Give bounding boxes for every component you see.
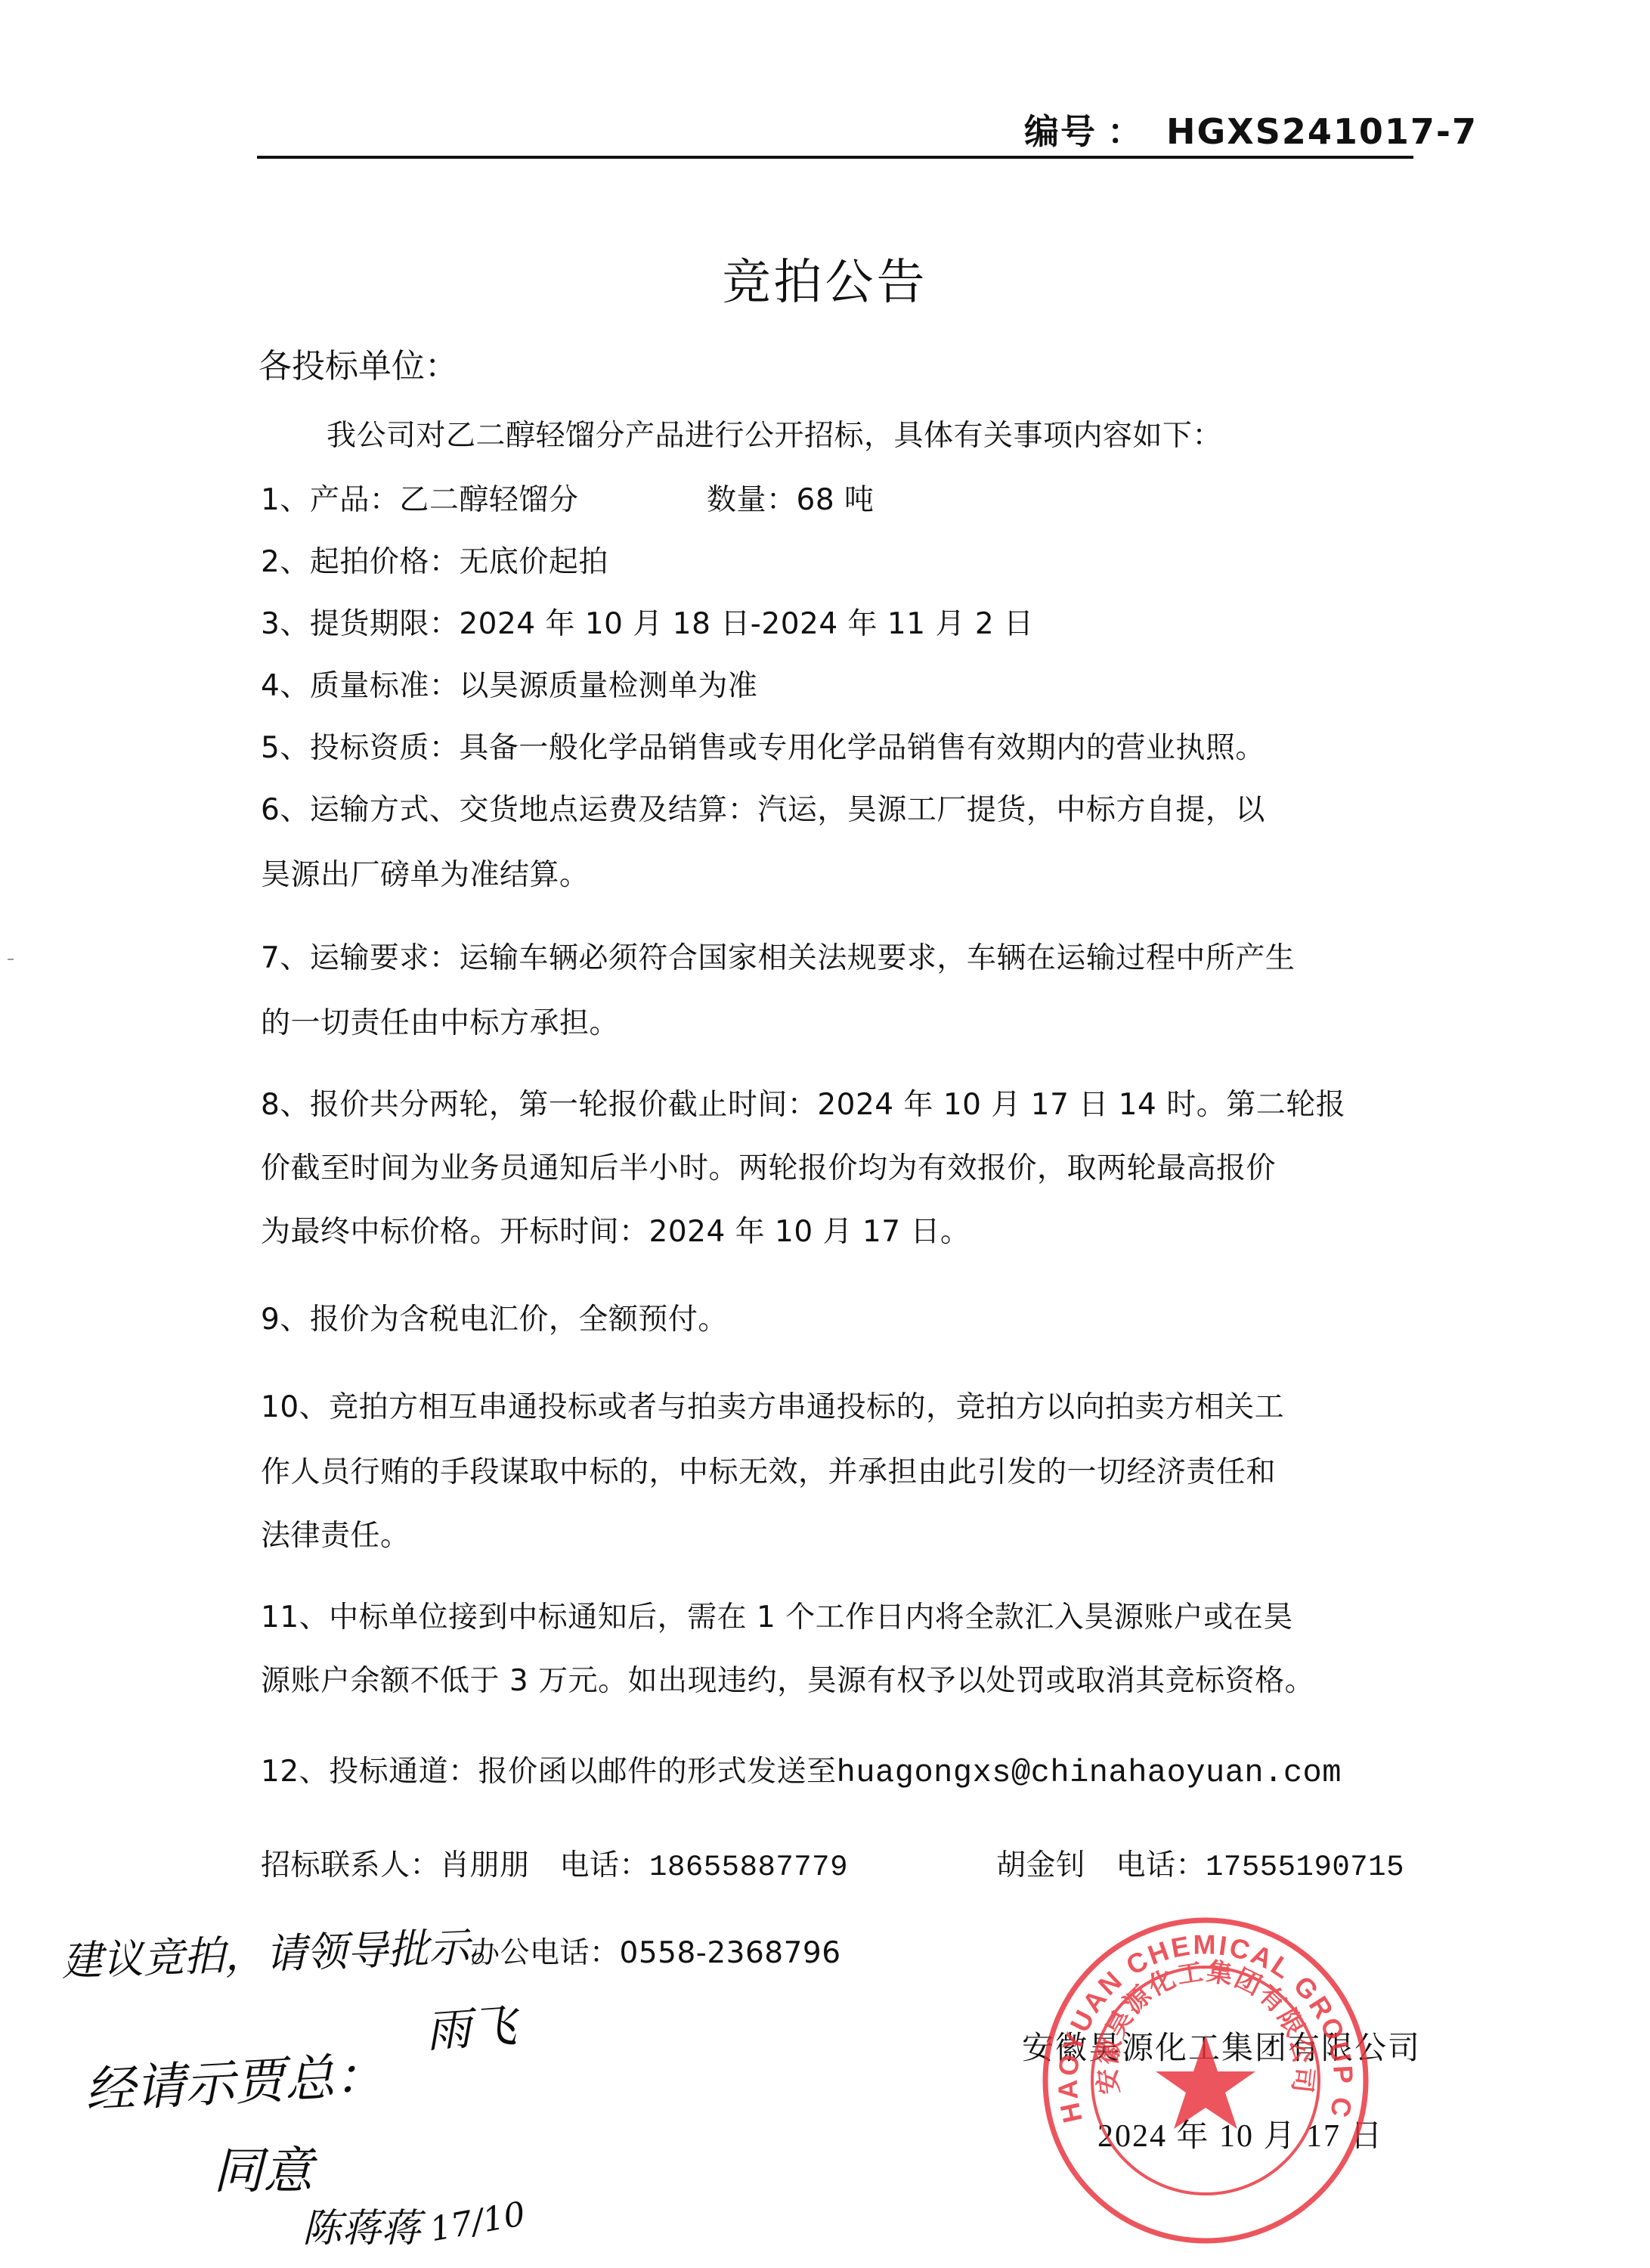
item-1-quantity: 数量：68 吨 (707, 476, 875, 519)
item-5-qualification: 5、投标资质：具备一般化学品销售或专用化学品销售有效期内的营业执照。 (261, 724, 1265, 767)
handwritten-date-mark: 17/10 (427, 2195, 528, 2249)
handwritten-note-approved: 同意 (213, 2130, 313, 2202)
item-8-line-3: 为最终中标价格。开标时间：2024 年 10 月 17 日。 (261, 1208, 970, 1250)
item-3-pickup-period: 3、提货期限：2024 年 10 月 18 日-2024 年 11 月 2 日 (261, 600, 1034, 643)
contact-2-phone-label: 电话： (1116, 1848, 1206, 1882)
contact-1-name: 肖朋朋 (440, 1848, 530, 1882)
item-11-line-1: 11、中标单位接到中标通知后，需在 1 个工作日内将全款汇入昊源账户或在昊 (261, 1594, 1293, 1636)
scan-margin-mark (8, 959, 14, 960)
item-7-line-1: 7、运输要求：运输车辆必须符合国家相关法规要求，车辆在运输过程中所产生 (261, 934, 1295, 977)
item-12-label: 12、投标通道：报价函以邮件的形式发送至 (261, 1755, 837, 1789)
document-number-value: HGXS241017-7 (1166, 111, 1478, 152)
contact-person-1: 招标联系人：肖朋朋电话：18655887779 (261, 1842, 848, 1884)
item-9-payment: 9、报价为含税电汇价，全额预付。 (261, 1296, 728, 1338)
item-11-line-2: 源账户余额不低于 3 万元。如出现违约，昊源有权予以处罚或取消其竞标资格。 (261, 1657, 1314, 1699)
office-phone: 办公电话：0558-2368796 (470, 1929, 841, 1972)
contact-person-2: 胡金钊电话：17555190715 (996, 1842, 1404, 1884)
item-12-channel: 12、投标通道：报价函以邮件的形式发送至huagongxs@chinahaoyu… (261, 1748, 1342, 1791)
item-8-line-2: 价截至时间为业务员通知后半小时。两轮报价均为有效报价，取两轮最高报价 (261, 1145, 1276, 1187)
document-number: 编号：HGXS241017-7 (1024, 104, 1478, 154)
company-seal-icon: ANHUI HAOYUAN CHEMICAL GROUP CO.,LTD. 安徽… (1039, 1914, 1372, 2247)
item-1-product: 1、产品：乙二醇轻馏分 (261, 476, 578, 519)
item-4-quality-standard: 4、质量标准：以昊源质量检测单为准 (261, 662, 757, 705)
item-10-line-3: 法律责任。 (261, 1512, 410, 1554)
document-number-separator: ： (1107, 111, 1144, 152)
header-rule (257, 156, 1413, 159)
handwritten-signature-1: 雨飞 (423, 1990, 519, 2061)
contact-2-phone: 17555190715 (1206, 1851, 1404, 1884)
handwritten-signature-2: 陈蒋蒋 (302, 2196, 420, 2253)
intro-paragraph: 我公司对乙二醇轻馏分产品进行公开招标，具体有关事项内容如下： (327, 412, 1222, 454)
handwritten-note-suggest-bid: 建议竞拍，请领导批示。 (60, 1913, 511, 1988)
item-8-line-1: 8、报价共分两轮，第一轮报价截止时间：2024 年 10 月 17 日 14 时… (261, 1081, 1345, 1123)
document-number-label: 编号 (1024, 111, 1097, 152)
item-6-line-2: 昊源出厂磅单为准结算。 (261, 851, 590, 894)
contact-2-name: 胡金钊 (996, 1848, 1086, 1882)
office-phone-value: 0558-2368796 (620, 1936, 841, 1970)
page-title: 竞拍公告 (0, 243, 1650, 313)
item-10-line-2: 作人员行贿的手段谋取中标的，中标无效，并承担由此引发的一切经济责任和 (261, 1448, 1276, 1491)
item-7-line-2: 的一切责任由中标方承担。 (261, 999, 619, 1042)
contact-1-phone-label: 电话： (560, 1848, 650, 1882)
bid-email-link[interactable]: huagongxs@chinahaoyuan.com (837, 1755, 1342, 1791)
item-2-starting-price: 2、起拍价格：无底价起拍 (261, 538, 608, 581)
item-10-line-1: 10、竞拍方相互串通投标或者与拍卖方串通投标的，竞拍方以向拍卖方相关工 (261, 1383, 1284, 1426)
contact-1-phone: 18655887779 (649, 1851, 848, 1884)
salutation: 各投标单位： (258, 339, 458, 387)
contact-label: 招标联系人： (261, 1848, 440, 1882)
item-6-line-1: 6、运输方式、交货地点运费及结算：汽运，昊源工厂提货，中标方自提，以 (261, 786, 1265, 829)
handwritten-note-consulted: 经请示贾总： (83, 2034, 385, 2122)
